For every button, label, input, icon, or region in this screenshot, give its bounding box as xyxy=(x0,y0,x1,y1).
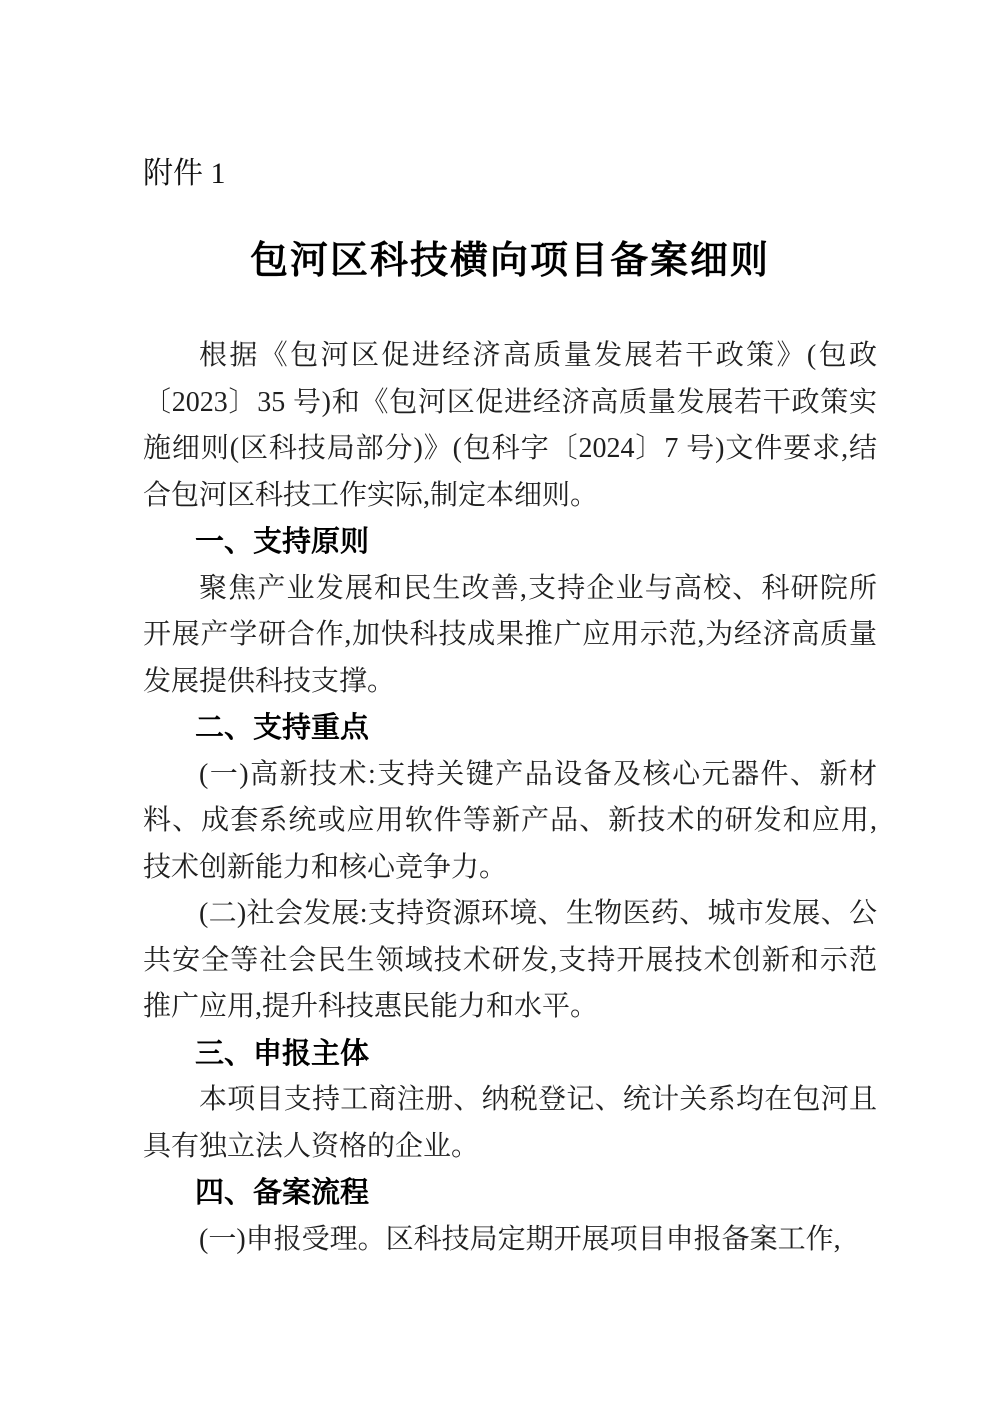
section-2-paragraph-social-development: (二)社会发展:支持资源环境、生物医药、城市发展、公共安全等社会民生领域技术研发… xyxy=(143,891,877,1031)
section-heading-support-principles: 一、支持原则 xyxy=(143,519,877,566)
document-title: 包河区科技横向项目备案细则 xyxy=(143,235,877,287)
section-2-paragraph-high-tech: (一)高新技术:支持关键产品设备及核心元器件、新材料、成套系统或应用软件等新产品… xyxy=(143,752,877,892)
intro-paragraph: 根据《包河区促进经济高质量发展若干政策》(包政〔2023〕35 号)和《包河区促… xyxy=(143,333,877,519)
section-heading-applicant-entities: 三、申报主体 xyxy=(143,1031,877,1078)
section-heading-support-focus: 二、支持重点 xyxy=(143,705,877,752)
section-heading-filing-process: 四、备案流程 xyxy=(143,1170,877,1217)
section-4-paragraph-application-acceptance: (一)申报受理。区科技局定期开展项目申报备案工作, xyxy=(143,1217,877,1264)
attachment-label: 附件 1 xyxy=(143,150,877,197)
section-3-paragraph: 本项目支持工商注册、纳税登记、统计关系均在包河且具有独立法人资格的企业。 xyxy=(143,1077,877,1170)
document-body: 根据《包河区促进经济高质量发展若干政策》(包政〔2023〕35 号)和《包河区促… xyxy=(143,333,877,1263)
document-page: 附件 1 包河区科技横向项目备案细则 根据《包河区促进经济高质量发展若干政策》(… xyxy=(0,0,1000,1413)
section-1-paragraph: 聚焦产业发展和民生改善,支持企业与高校、科研院所开展产学研合作,加快科技成果推广… xyxy=(143,566,877,706)
